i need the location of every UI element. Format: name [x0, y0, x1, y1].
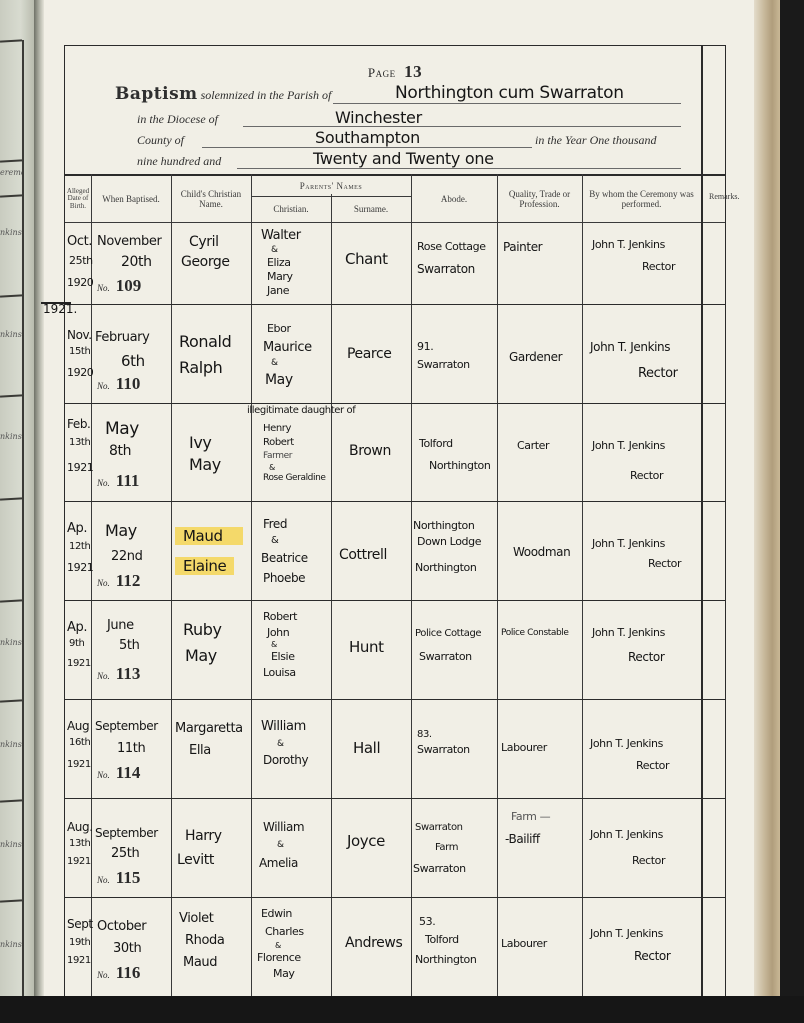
dob-cell: Aug. 13th 1921 [65, 798, 91, 897]
quality-cell: Woodman [497, 501, 582, 600]
header-by-whom: By whom the Ceremony was performed. [582, 176, 701, 222]
header-abode: Abode. [411, 176, 497, 222]
baptised-cell: September 25th No.115 [91, 798, 171, 897]
parish-line: Baptism solemnized in the Parish of [115, 84, 331, 104]
table-row: Feb. 13th 1921 May 8th No.111 Ivy May il… [65, 403, 725, 502]
quality-cell: Carter [497, 403, 582, 501]
surname-cell: Brown [331, 403, 411, 501]
left-page-border [22, 40, 24, 1023]
left-page-rule [0, 599, 22, 602]
surname-cell: Hunt [331, 600, 411, 699]
entry-number: No.114 [97, 763, 140, 783]
baptised-cell: September 11th No.114 [91, 699, 171, 798]
dob-cell: Aug 16th 1921 [65, 699, 91, 798]
baptised-cell: October 30th No.116 [91, 897, 171, 996]
surname-cell: Hall [331, 699, 411, 798]
by-whom-cell: John T. Jenkins Rector [582, 798, 701, 897]
surname-cell: Joyce [331, 798, 411, 897]
year-underline [237, 168, 681, 169]
left-page-signature: nkins [0, 638, 22, 647]
entry-number: No.113 [97, 664, 140, 684]
year-value: Twenty and Twenty one [313, 149, 494, 168]
by-whom-cell: John T. Jenkins Rector [582, 304, 701, 403]
abode-cell: Rose Cottage Swarraton [411, 220, 497, 304]
table-row: Ap. 12th 1921 May 22nd No.112 Maud Elain… [65, 501, 725, 601]
register-page: Page 13 Baptism solemnized in the Parish… [44, 0, 780, 1000]
header-parent-surname: Surname. [331, 196, 411, 222]
quality-cell: Labourer [497, 897, 582, 996]
by-whom-cell: John T. Jenkins Rector [582, 220, 701, 304]
dob-cell: Oct. 25th 1920 [65, 220, 91, 304]
by-whom-cell: John T. Jenkins Rector [582, 403, 701, 501]
entry-number: No.110 [97, 374, 140, 394]
child-name-cell: Violet Rhoda Maud [171, 897, 251, 996]
parent-christian-cell: Walter & Eliza Mary Jane [251, 220, 331, 304]
entry-number: No.109 [97, 276, 141, 296]
abode-cell: Tolford Northington [411, 403, 497, 501]
left-page-rule [0, 39, 22, 42]
abode-cell: 83. Swarraton [411, 699, 497, 798]
table-row: Aug. 13th 1921 September 25th No.115 Har… [65, 798, 725, 898]
left-page-rule [0, 194, 22, 197]
diocese-line: in the Diocese of [137, 112, 218, 127]
book-gutter [34, 0, 44, 1023]
dob-cell: Ap. 12th 1921 [65, 501, 91, 600]
baptism-heading: Baptism [115, 84, 198, 104]
baptism-register: Page 13 Baptism solemnized in the Parish… [64, 45, 726, 996]
parent-christian-cell: Edwin Charles & Florence May [251, 897, 331, 996]
parish-value: Northington cum Swarraton [395, 83, 624, 103]
abode-cell: 53. Tolford Northington [411, 897, 497, 996]
baptised-cell: February 6th No.110 [91, 304, 171, 403]
baptised-cell: May 8th No.111 [91, 403, 171, 501]
surname-cell: Cottrell [331, 501, 411, 600]
left-page-rule [0, 294, 22, 297]
left-page-rule [0, 899, 22, 902]
year-line: nine hundred and [137, 154, 221, 169]
header-parent-christian: Christian. [251, 196, 331, 222]
left-page-signature: nkins [0, 940, 22, 949]
table-row: Sept 19th 1921 October 30th No.116 Viole… [65, 897, 725, 997]
surname-cell: Pearce [331, 304, 411, 403]
abode-cell: Police Cottage Swarraton [411, 600, 497, 699]
county-line: County of [137, 133, 184, 148]
entry-number: No.115 [97, 868, 140, 888]
by-whom-cell: John T. Jenkins Rector [582, 699, 701, 798]
scan-bottom-edge [0, 996, 804, 1023]
parent-christian-cell: Ebor Maurice & May [251, 304, 331, 403]
table-row: Aug 16th 1921 September 11th No.114 Marg… [65, 699, 725, 799]
left-page-rule [0, 799, 22, 802]
left-page-rule [0, 497, 22, 500]
child-name-cell: Maud Elaine [171, 501, 251, 600]
entry-number: No.111 [97, 471, 139, 491]
child-name-cell: Harry Levitt [171, 798, 251, 897]
dob-cell: Ap. 9th 1921 [65, 600, 91, 699]
child-name-cell: Ruby May [171, 600, 251, 699]
by-whom-cell: John T. Jenkins Rector [582, 600, 701, 699]
abode-cell: 91. Swarraton [411, 304, 497, 403]
quality-cell: Gardener [497, 304, 582, 403]
baptised-cell: June 5th No.113 [91, 600, 171, 699]
parent-christian-cell: Fred & Beatrice Phoebe [251, 501, 331, 600]
left-page-rule [0, 699, 22, 702]
diocese-underline [243, 126, 681, 127]
baptised-cell: May 22nd No.112 [91, 501, 171, 600]
dob-cell: Feb. 13th 1921 [65, 403, 91, 501]
header-quality: Quality, Trade or Profession. [497, 176, 582, 222]
highlighted-child-name: Maud [175, 527, 243, 545]
surname-cell: Andrews [331, 897, 411, 996]
table-row: Ap. 9th 1921 June 5th No.113 Ruby May Ro… [65, 600, 725, 700]
table-header: Alleged Date of Birth. When Baptised. Ch… [65, 174, 725, 223]
left-page-sliver: eremony ed. nkins nkins nkins nkins nkin… [0, 0, 35, 1023]
child-name-cell: Cyril George [171, 220, 251, 304]
by-whom-cell: John T. Jenkins Rector [582, 501, 701, 600]
left-page-signature: nkins [0, 330, 22, 339]
quality-cell: Farm — -Bailiff [497, 798, 582, 897]
parent-christian-cell: Robert John & Elsie Louisa [251, 600, 331, 699]
header-alleged-dob: Alleged Date of Birth. [65, 176, 91, 222]
year-line-suffix: in the Year One thousand [535, 133, 657, 148]
quality-cell: Police Constable [497, 600, 582, 699]
quality-cell: Painter [497, 220, 582, 304]
child-name-cell: Margaretta Ella [171, 699, 251, 798]
header-when-baptised: When Baptised. [91, 176, 171, 222]
abode-cell: Northington Down Lodge Northington [411, 501, 497, 600]
highlighted-child-name: Elaine [175, 557, 234, 575]
diocese-value: Winchester [335, 108, 422, 127]
left-page-header-fragment: eremony ed. [0, 168, 22, 177]
left-page-signature: nkins [0, 228, 22, 237]
left-page-rule [0, 394, 22, 397]
header-child-name: Child's Christian Name. [171, 176, 251, 222]
child-name-cell: Ivy May [171, 403, 251, 501]
left-page-rule [0, 159, 22, 162]
dob-cell: Sept 19th 1921 [65, 897, 91, 996]
by-whom-cell: John T. Jenkins Rector [582, 897, 701, 996]
table-row: Nov. 15th 1920 February 6th No.110 Ronal… [65, 304, 725, 404]
county-value: Southampton [315, 128, 420, 147]
page-edge [754, 0, 780, 1000]
dob-cell: Nov. 15th 1920 [65, 304, 91, 403]
baptised-cell: November 20th No.109 [91, 220, 171, 304]
surname-cell: Chant [331, 220, 411, 304]
header-parents-names: Parents' Names [251, 176, 411, 196]
left-page-signature: nkins [0, 432, 22, 441]
left-page-signature: nkins [0, 740, 22, 749]
entry-number: No.112 [97, 571, 140, 591]
county-underline [202, 147, 532, 148]
parent-christian-cell: William & Amelia [251, 798, 331, 897]
parish-underline [333, 103, 681, 104]
page-number: Page 13 [65, 62, 725, 82]
left-page-signature: nkins [0, 840, 22, 849]
parent-christian-cell: illegitimate daughter of Henry Robert Fa… [251, 403, 331, 501]
header-remarks: Remarks. [709, 192, 739, 201]
parent-christian-cell: William & Dorothy [251, 699, 331, 798]
table-row: Oct. 25th 1920 November 20th No.109 Cyri… [65, 220, 725, 305]
abode-cell: Swarraton Farm Swarraton [411, 798, 497, 897]
quality-cell: Labourer [497, 699, 582, 798]
child-name-cell: Ronald Ralph [171, 304, 251, 403]
register-title-block: Page 13 Baptism solemnized in the Parish… [65, 46, 725, 174]
entry-number: No.116 [97, 963, 140, 983]
